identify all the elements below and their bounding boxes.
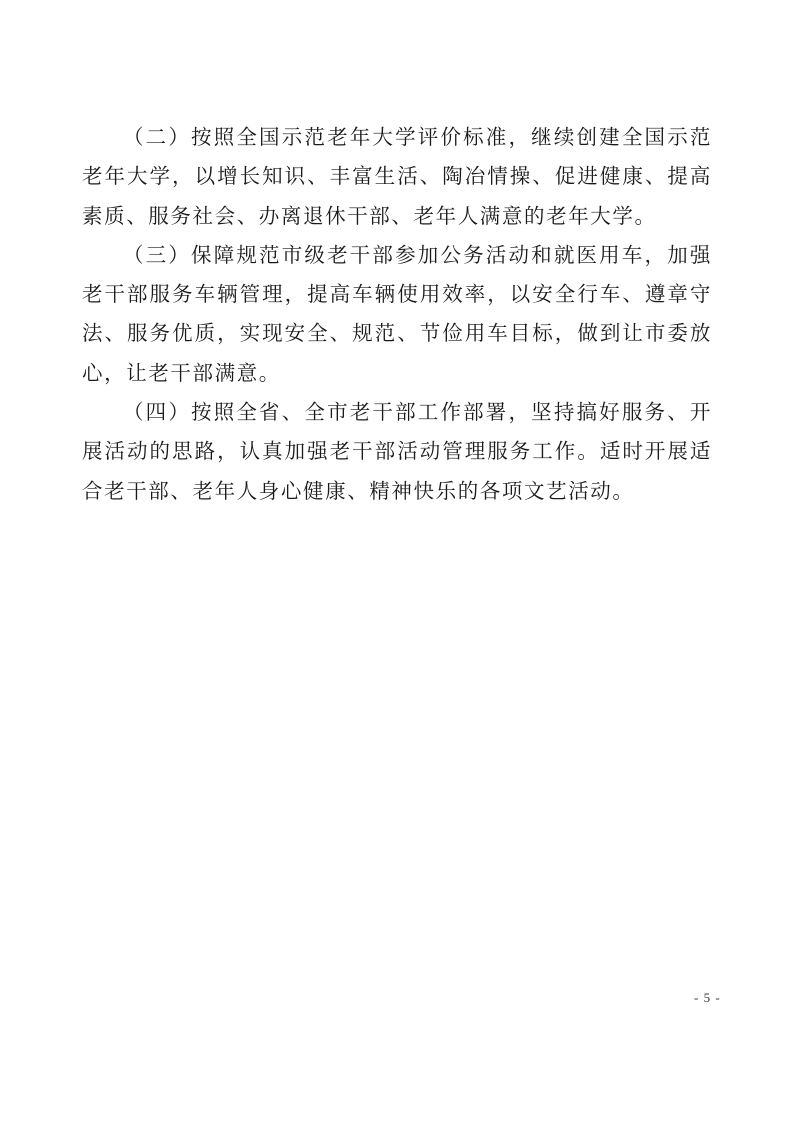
paragraph-item-2: （二）按照全国示范老年大学评价标准，继续创建全国示范老年大学，以增长知识、丰富生…	[82, 118, 712, 236]
page-number: - 5 -	[694, 990, 721, 1006]
document-body: （二）按照全国示范老年大学评价标准，继续创建全国示范老年大学，以增长知识、丰富生…	[82, 118, 712, 511]
document-page: （二）按照全国示范老年大学评价标准，继续创建全国示范老年大学，以增长知识、丰富生…	[0, 0, 793, 1122]
paragraph-item-3: （三）保障规范市级老干部参加公务活动和就医用车，加强老干部服务车辆管理，提高车辆…	[82, 236, 712, 393]
paragraph-item-4: （四）按照全省、全市老干部工作部署，坚持搞好服务、开展活动的思路，认真加强老干部…	[82, 393, 712, 511]
